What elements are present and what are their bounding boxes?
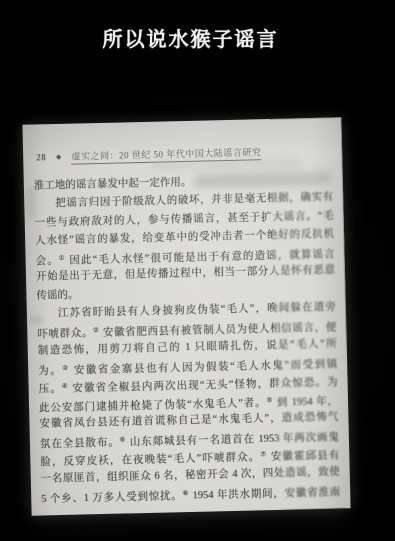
running-title: 虚实之间：20 世纪 50 年代中国大陆谣言研究 (71, 147, 261, 164)
footnote-marker: ⑦ (260, 452, 267, 459)
caption-title: 所以说水猴子谣言 (0, 23, 381, 52)
footnote-marker: ③ (62, 365, 70, 372)
book-page: 28 ◆ 虚实之间：20 世纪 50 年代中国大陆谣言研究 淮工地的谣言暴发中起… (22, 117, 350, 515)
footnote-marker: ④ (62, 383, 69, 390)
footnote-marker: ② (93, 327, 100, 334)
body-text: 淮工地的谣言暴发中起一定作用。把谣言归因于阶级敌人的破坏，并非是毫无根据，确实有… (34, 171, 341, 507)
diamond-icon: ◆ (56, 153, 62, 161)
footnote-marker: ⑥ (119, 437, 126, 444)
page-number: 28 (36, 152, 46, 162)
footnote-marker: ⑧ (182, 490, 189, 497)
footnote-marker: ① (59, 255, 66, 262)
page-header: 28 ◆ 虚实之间：20 世纪 50 年代中国大陆谣言研究 (36, 144, 332, 164)
page-content: 28 ◆ 虚实之间：20 世纪 50 年代中国大陆谣言研究 淮工地的谣言暴发中起… (22, 117, 350, 515)
footnote-marker: ⑤ (266, 397, 273, 404)
video-frame: 所以说水猴子谣言 28 ◆ 虚实之间：20 世纪 50 年代中国大陆谣言研究 淮… (0, 0, 395, 541)
